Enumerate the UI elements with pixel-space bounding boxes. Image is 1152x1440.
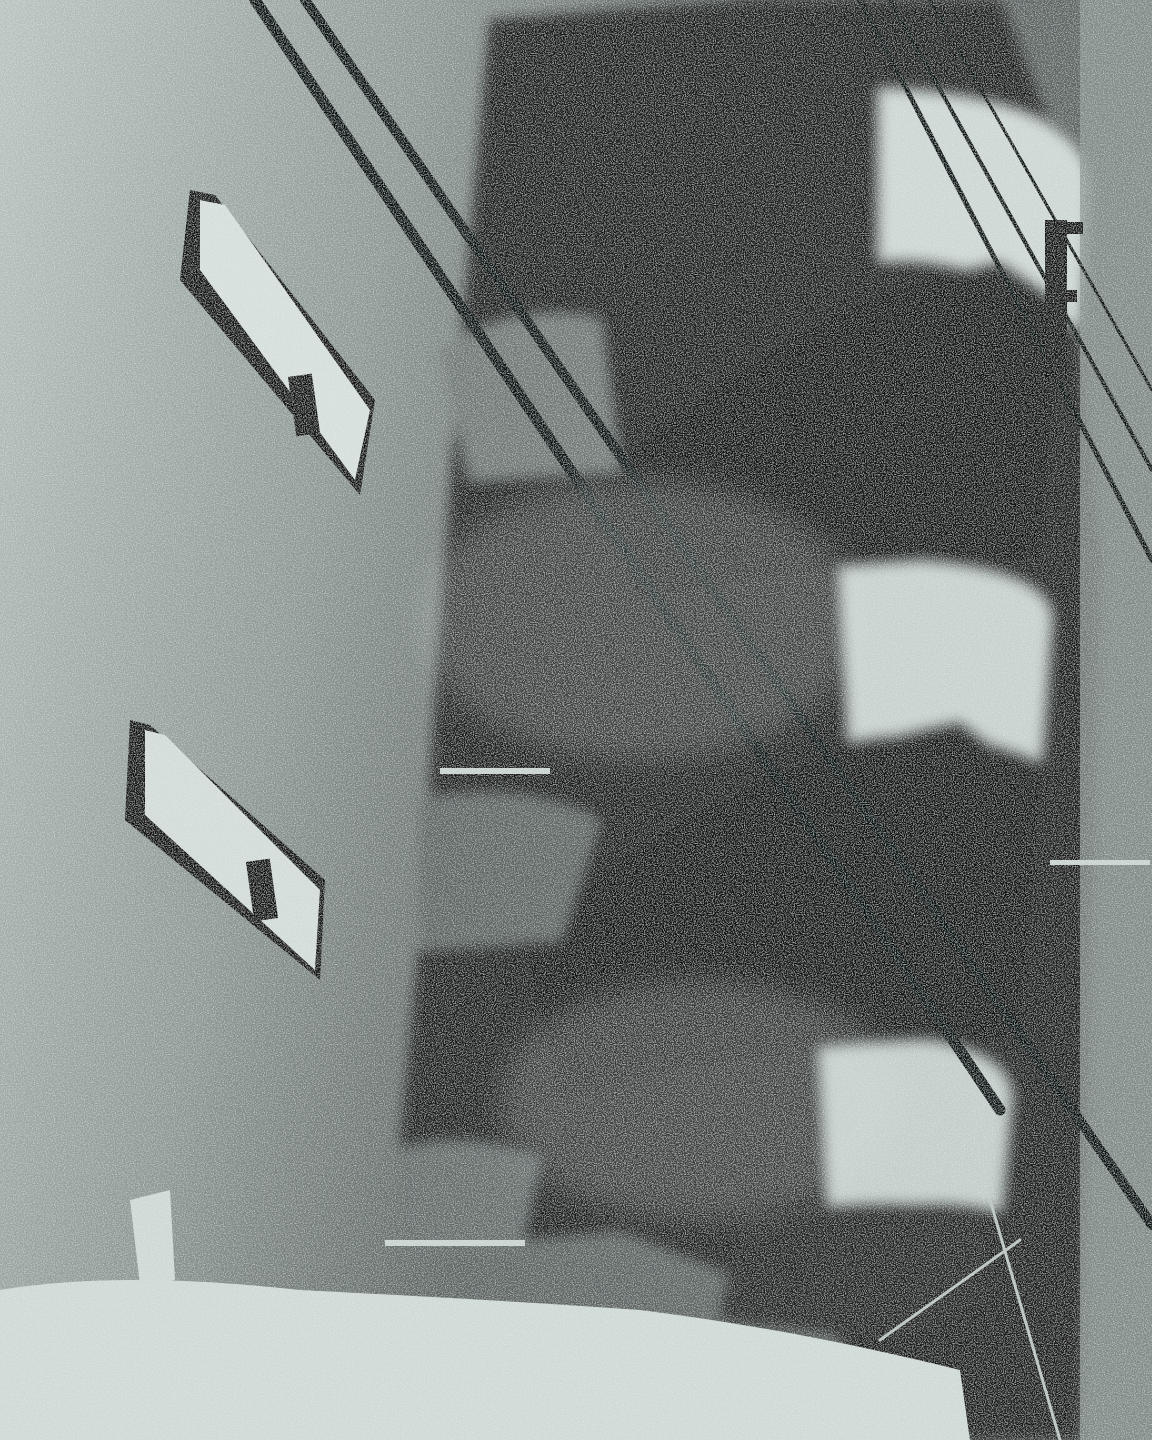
photo-canvas	[0, 0, 1152, 1440]
neighbor-building	[1080, 0, 1152, 1440]
snow-building-photo	[0, 0, 1152, 1440]
